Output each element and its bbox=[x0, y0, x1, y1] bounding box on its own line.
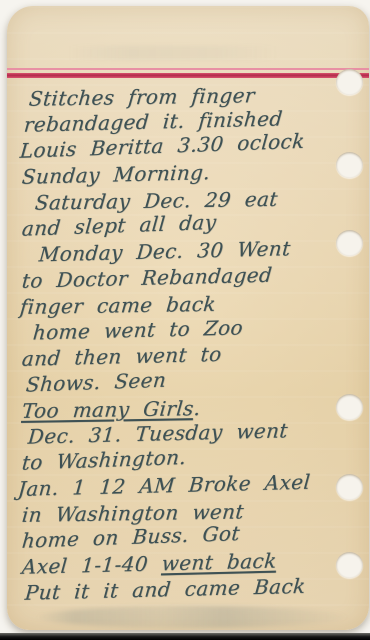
scan-edge-shadow bbox=[0, 633, 370, 640]
red-head-rule bbox=[7, 64, 369, 80]
handwriting-text: Jan. 1 12 AM Broke Axel bbox=[17, 470, 311, 501]
handwriting-text: to Washington. bbox=[21, 445, 187, 475]
ink-showthrough-bottom bbox=[37, 606, 349, 628]
ink-showthrough-top bbox=[67, 46, 279, 60]
handwriting-underlined-text: went back bbox=[161, 549, 278, 576]
red-rule-main-line bbox=[7, 73, 369, 78]
handwriting-text: Put it it and came Back bbox=[24, 574, 307, 605]
red-rule-thin-line bbox=[7, 68, 369, 70]
handwriting-text: Shows. Seen bbox=[25, 368, 167, 397]
handwriting-text: Sunday Morning. bbox=[21, 160, 211, 189]
scan-background: Stitches from fingerrebandaged it. finis… bbox=[0, 0, 370, 640]
handwriting-text: home on Buss. Got bbox=[21, 521, 241, 553]
handwriting-lines: Stitches from fingerrebandaged it. finis… bbox=[13, 86, 367, 606]
handwriting-text: Axel 1-1-40 bbox=[21, 551, 163, 578]
handwriting-text: and slept all day bbox=[21, 210, 218, 241]
handwriting-text: to Doctor Rebandaged bbox=[21, 263, 273, 293]
handwriting-text: . bbox=[193, 396, 202, 420]
diary-page: Stitches from fingerrebandaged it. finis… bbox=[7, 6, 369, 630]
handwriting-underlined-text: Too many Girls bbox=[21, 396, 195, 423]
